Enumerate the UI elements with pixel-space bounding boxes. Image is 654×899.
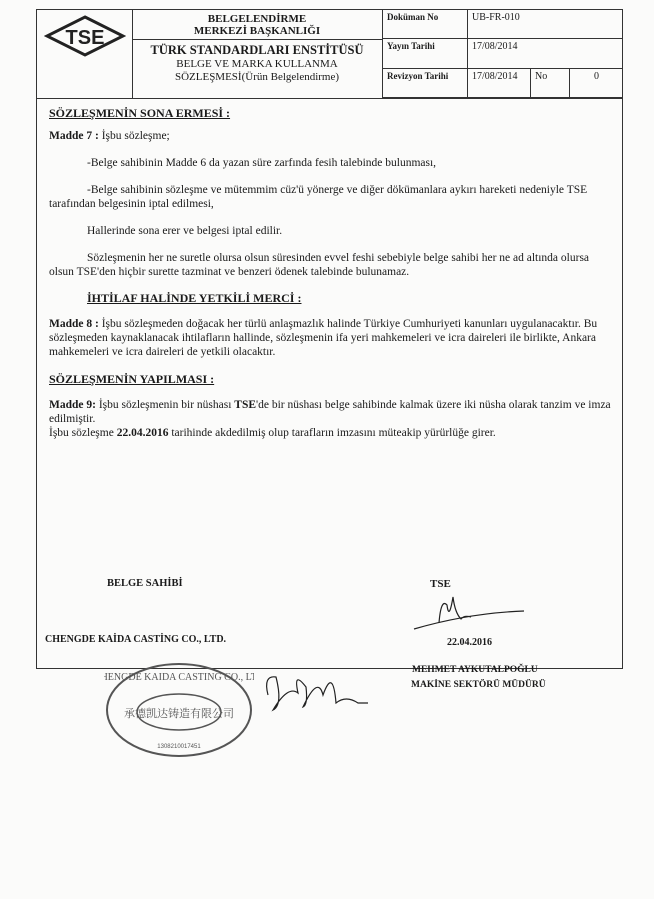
title-cell: BELGELENDİRME MERKEZİ BAŞKANLIĞI TÜRK ST… (132, 10, 383, 98)
section-title-jurisdiction: İHTİLAF HALİNDE YETKİLİ MERCİ : (87, 291, 614, 305)
section-title-execution: SÖZLEŞMENİN YAPILMASI : (49, 372, 614, 386)
article-9-label: Madde 9: (49, 399, 96, 411)
pub-date-value: 17/08/2014 (468, 39, 624, 68)
article-9-tse: TSE (234, 399, 256, 411)
doc-title-line1: BELGE VE MARKA KULLANMA (132, 58, 382, 71)
article-8-text: İşbu sözleşmeden doğacak her türlü anlaş… (49, 318, 597, 358)
article-9-line2-b: tarihinde akdedilmiş olup tarafların imz… (171, 427, 495, 439)
holder-title: BELGE SAHİBİ (107, 578, 183, 589)
section-title-termination: SÖZLEŞMENİN SONA ERMESİ : (49, 106, 614, 120)
holder-signature-icon (258, 665, 368, 715)
no-value: 0 (570, 68, 624, 97)
org-name: TÜRK STANDARDLARI ENSTİTÜSÜ (132, 43, 382, 58)
svg-text:1308210017451: 1308210017451 (157, 744, 201, 750)
article-9-text-a: İşbu sözleşmenin bir nüshası (99, 399, 232, 411)
tse-logo-icon: TSE (44, 14, 126, 58)
article-9-date: 22.04.2016 (117, 427, 169, 439)
document-meta-table: Doküman No UB-FR-010 Yayın Tarihi 17/08/… (382, 10, 623, 98)
tse-signer-name: MEHMET AYKUTALPOĞLU (412, 665, 538, 675)
logo-cell: TSE (37, 10, 133, 98)
dept-line2: MERKEZİ BAŞKANLIĞI (132, 25, 382, 37)
article-7-item1: -Belge sahibinin Madde 6 da yazan süre z… (49, 156, 614, 170)
rev-date-value: 17/08/2014 (468, 68, 531, 97)
svg-text:TSE: TSE (66, 27, 105, 49)
doc-title-line2: SÖZLEŞMESİ(Ürün Belgelendirme) (132, 71, 382, 84)
tse-sign-date: 22.04.2016 (447, 637, 492, 648)
tse-signer-role: MAKİNE SEKTÖRÜ MÜDÜRÜ (411, 680, 546, 690)
doc-no-value: UB-FR-010 (468, 10, 624, 39)
dept-line1: BELGELENDİRME (132, 13, 382, 25)
document-frame: TSE BELGELENDİRME MERKEZİ BAŞKANLIĞI TÜR… (36, 9, 623, 669)
article-7-conclusion: Hallerinde sona erer ve belgesi iptal ed… (49, 224, 614, 238)
rev-date-label: Revizyon Tarihi (383, 68, 468, 97)
doc-no-label: Doküman No (383, 10, 468, 39)
article-7-intro: İşbu sözleşme; (102, 130, 170, 142)
article-8-label: Madde 8 : (49, 318, 99, 330)
svg-text:承德凯达铸造有限公司: 承德凯达铸造有限公司 (124, 706, 234, 720)
tse-title: TSE (430, 578, 451, 590)
company-stamp-icon: CHENGDE KAIDA CASTING CO., LTD 承德凯达铸造有限公… (104, 660, 254, 760)
article-7-item2: -Belge sahibinin sözleşme ve mütemmim cü… (49, 183, 614, 211)
article-9-line2-a: İşbu sözleşme (49, 427, 114, 439)
svg-text:CHENGDE KAIDA CASTING CO., LTD: CHENGDE KAIDA CASTING CO., LTD (104, 672, 254, 683)
tse-signature-icon (409, 593, 529, 633)
article-7-note: Sözleşmenin her ne suretle olursa olsun … (49, 251, 614, 279)
document-body: SÖZLEŞMENİN SONA ERMESİ : Madde 7 : İşbu… (49, 106, 614, 440)
article-7-label: Madde 7 : (49, 130, 99, 142)
pub-date-label: Yayın Tarihi (383, 39, 468, 68)
holder-company: CHENGDE KAİDA CASTİNG CO., LTD. (45, 634, 226, 645)
no-label: No (531, 68, 570, 97)
document-header: TSE BELGELENDİRME MERKEZİ BAŞKANLIĞI TÜR… (37, 10, 622, 99)
